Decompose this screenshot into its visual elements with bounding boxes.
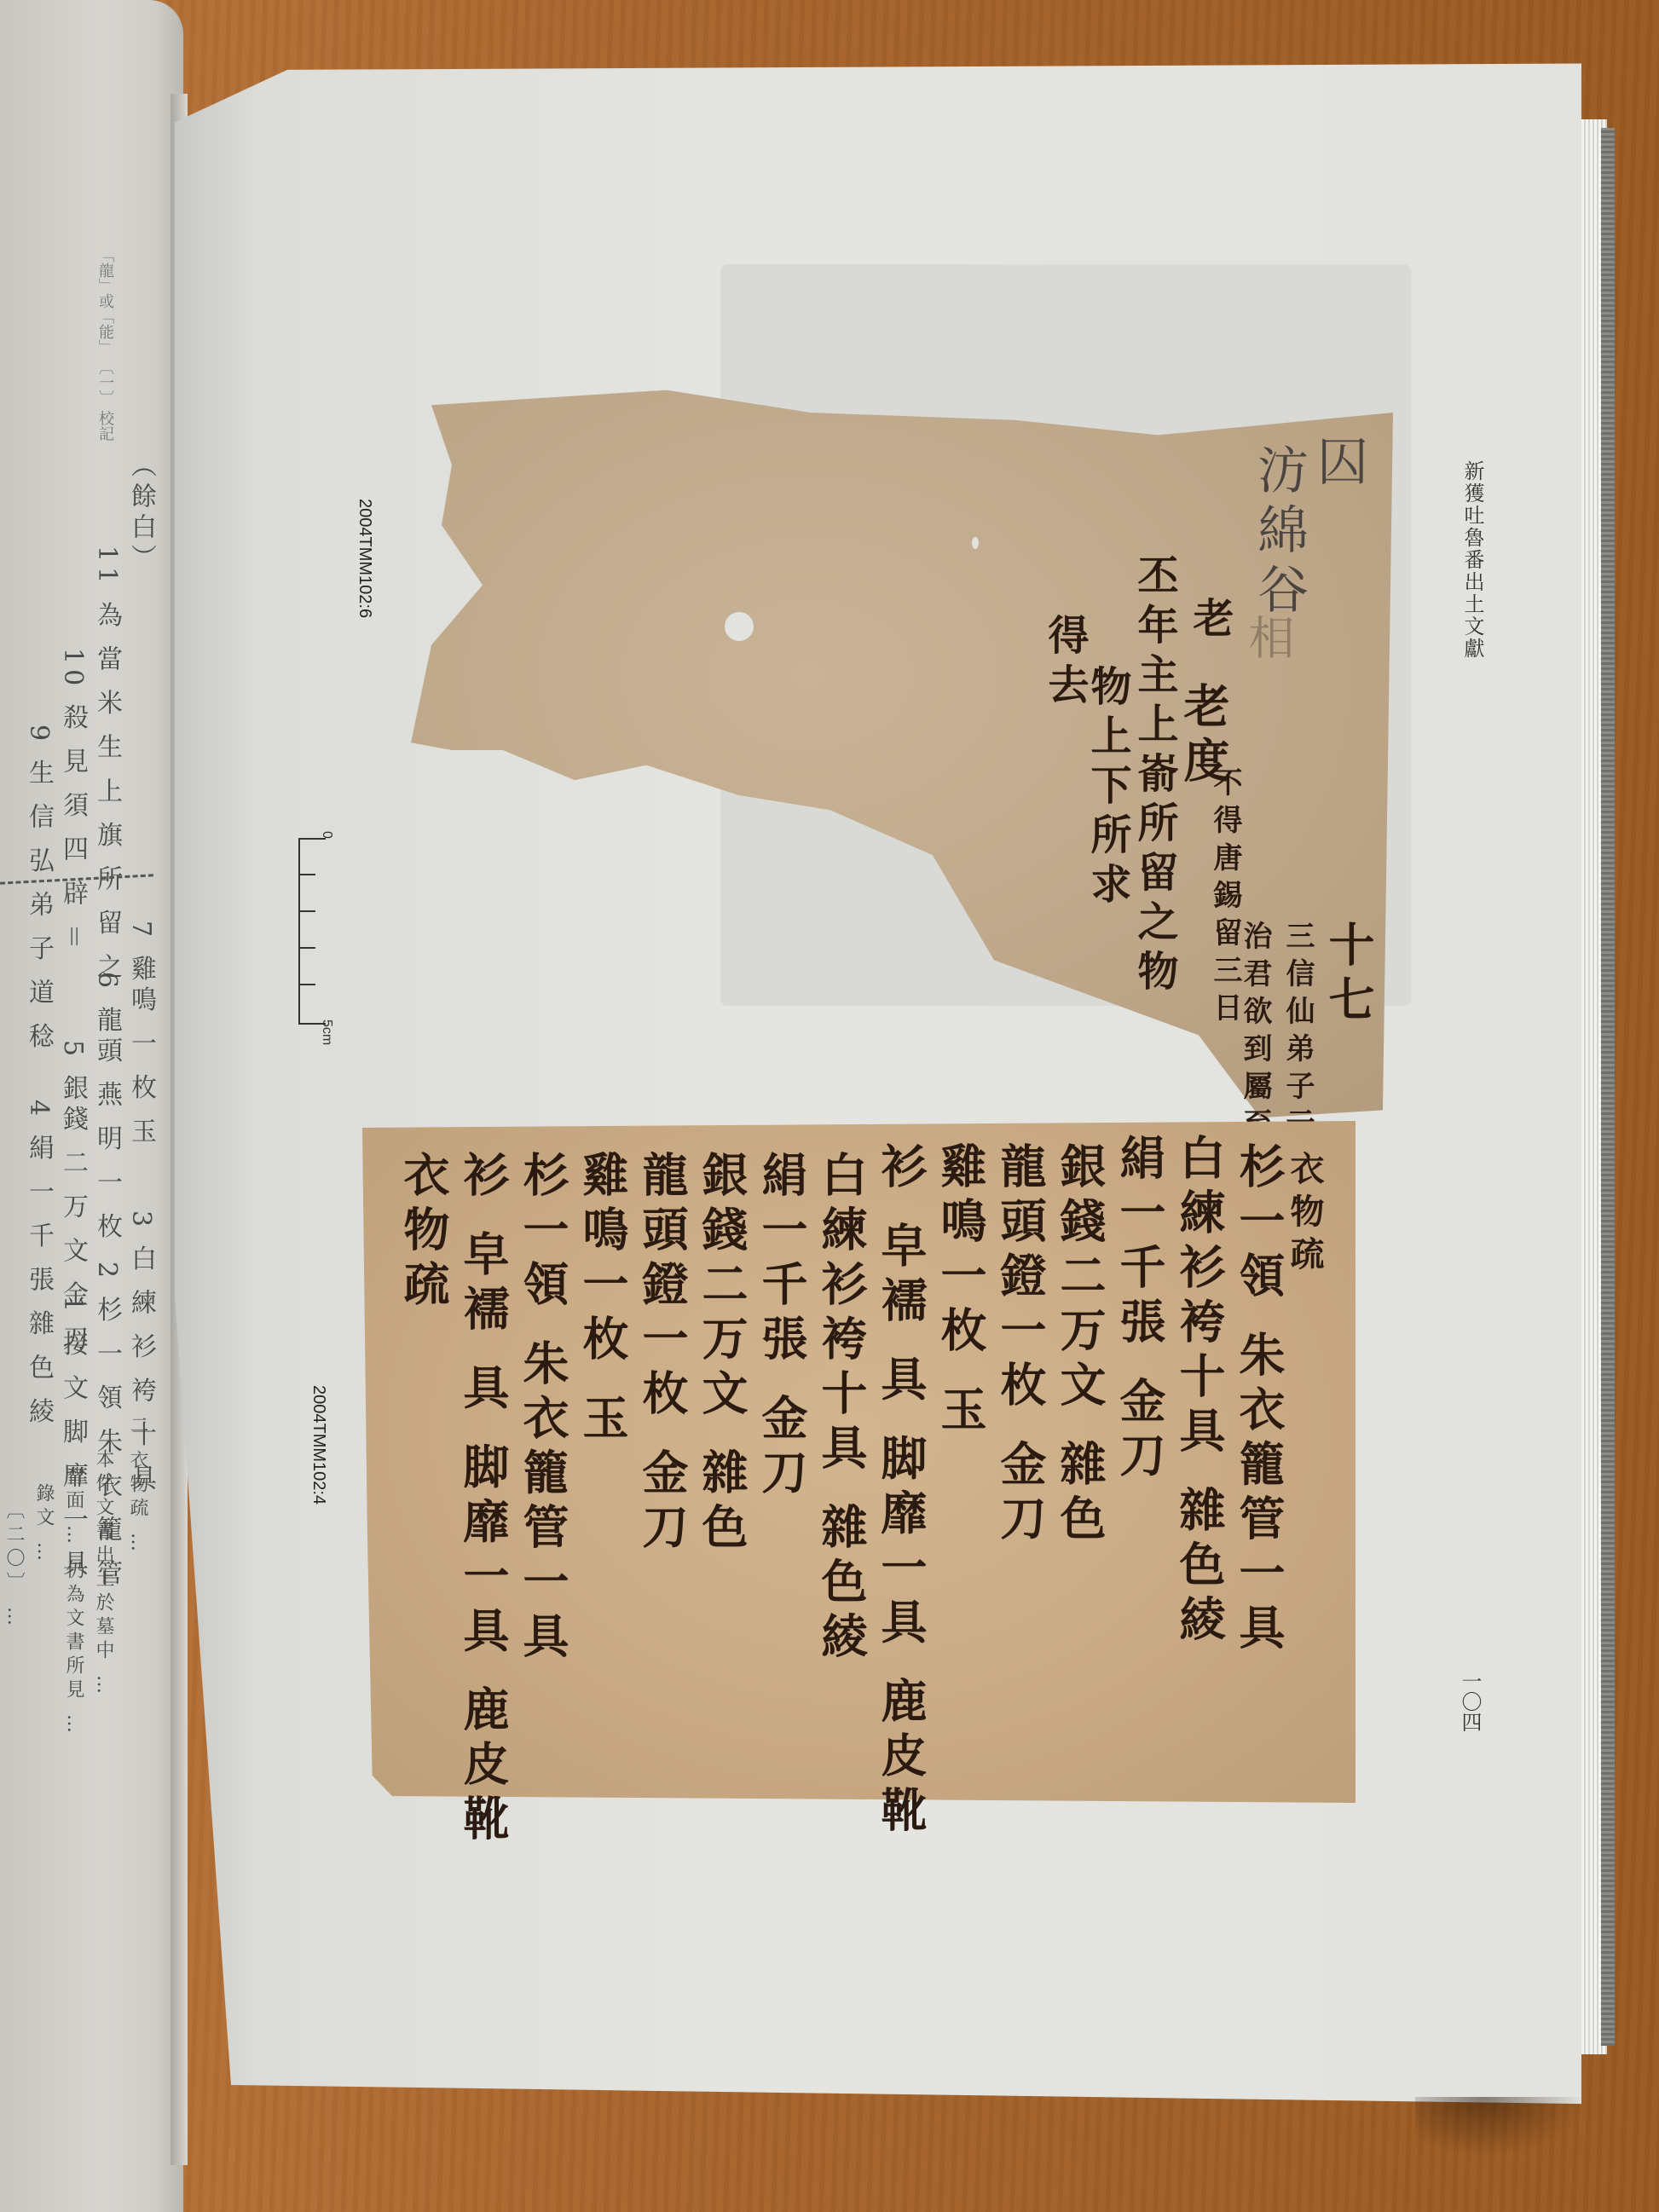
manuscript-column: 十七 xyxy=(1326,921,1372,1030)
plate-caption: 2004TMM102:4 xyxy=(309,1385,328,1505)
manuscript-column: 衫 皁襦 具 脚靡一具 鹿皮靴 xyxy=(460,1151,506,1849)
left-note-column: 二 衣物疏 … xyxy=(128,1415,147,1556)
scale-tick xyxy=(300,874,315,875)
manuscript-column: 得去 xyxy=(1044,614,1085,713)
manuscript-column: 龍頭鐙一枚 金刀 xyxy=(639,1151,685,1557)
manuscript-column: 杉一領 朱衣籠管一具 xyxy=(1236,1142,1282,1658)
left-text-column: 11 為 當 米 生 上 旗 所 留 之 xyxy=(94,546,119,984)
left-page-faint-note: 「龍」或「能」 〔一〕 校記 xyxy=(94,247,116,441)
manuscript-column: 衣物疏 xyxy=(401,1151,447,1314)
scale-end-label: 5cm xyxy=(319,1019,334,1045)
manuscript-column: 杉一領 朱衣籠管一具 xyxy=(520,1151,566,1666)
manuscript-column: 老度 xyxy=(1181,682,1227,791)
scale-bar xyxy=(298,838,326,1025)
left-note-column: 本件文書出土於墓中 … xyxy=(94,1449,113,1699)
page-number: 一〇四 xyxy=(1455,1671,1485,1732)
manuscript-column: 白練衫袴十具 雜色綾 xyxy=(1176,1134,1223,1649)
left-text-column: 6 龍頭 燕 明 一 枚 xyxy=(94,972,119,1244)
manuscript-column: 絹一千張 金刀 xyxy=(1117,1134,1163,1486)
manuscript-column: 衫 皁襦 具 脚靡一具 鹿皮靴 xyxy=(878,1142,924,1840)
manuscript-column: 丕年主上嵛所留之物 xyxy=(1134,554,1175,999)
scale-tick xyxy=(300,984,315,985)
left-note-column: 背面 … 仍為文書所見 … xyxy=(64,1466,83,1738)
left-note-column: 〔二〇〕 … xyxy=(4,1500,23,1631)
left-text-column: 10 殺 見 須 四 辟 ＝ xyxy=(60,648,85,954)
book-cover-edge xyxy=(1601,128,1615,2046)
manuscript-column: 衣物疏 xyxy=(1287,1151,1321,1279)
manuscript-column: 汸綿谷 xyxy=(1253,443,1304,622)
manuscript-column: 相 xyxy=(1245,614,1291,668)
manuscript-column: 物上下所求 xyxy=(1087,665,1128,912)
plate-caption: 2004TMM102:6 xyxy=(355,499,374,618)
manuscript-column: 囚 xyxy=(1313,435,1364,494)
left-text-column: 7 雞鳴 一 枚 玉 xyxy=(128,921,153,1148)
scale-tick xyxy=(300,910,315,912)
manuscript-column: 雞鳴一枚 玉 xyxy=(580,1151,626,1448)
scale-start-label: 0 xyxy=(319,831,334,839)
book-shadow xyxy=(1415,2097,1586,2157)
left-text-column: 4 絹 一 千 張 雜 色 綾 xyxy=(26,1100,51,1429)
left-note-column: 錄文 … xyxy=(34,1483,53,1566)
manuscript-column: 雞鳴一枚 玉 xyxy=(938,1142,984,1440)
paper-hole xyxy=(725,612,754,641)
left-text-column: 9 生 信 弘 弟 子 道 稔 xyxy=(26,725,51,1054)
scale-tick xyxy=(300,947,315,949)
manuscript-column: 老 xyxy=(1189,597,1230,646)
manuscript-column: 銀錢二万文 雜色 xyxy=(1057,1142,1103,1549)
manuscript-column: 絹一千張 金刀 xyxy=(759,1151,805,1503)
manuscript-column: 龍頭鐙一枚 金刀 xyxy=(997,1142,1043,1549)
paper-hole xyxy=(972,537,979,549)
running-head: 新獲吐魯番出土文獻 xyxy=(1458,460,1488,660)
left-text-column: （餘白） xyxy=(128,452,153,575)
manuscript-column: 銀錢二万文 雜色 xyxy=(699,1151,745,1557)
manuscript-column: 白練衫袴十具 雜色綾 xyxy=(818,1151,864,1666)
manuscript-column: 不得唐錫留三日 xyxy=(1211,767,1240,1030)
